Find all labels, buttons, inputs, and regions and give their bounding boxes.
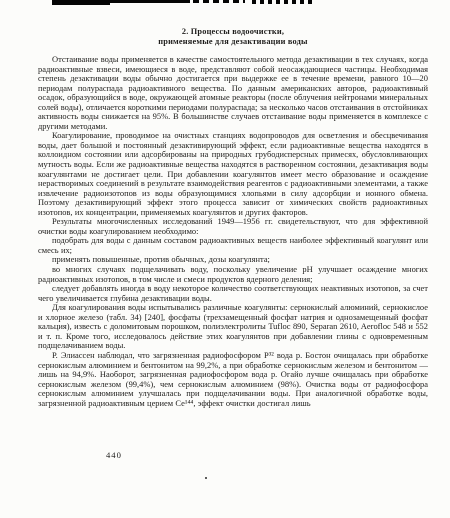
paragraph-settling: Отстаивание воды применяется в качестве … xyxy=(38,55,428,131)
scan-crop-artifact-bar xyxy=(52,0,110,5)
scan-crop-artifact-line xyxy=(110,0,190,3)
scanned-book-page: 2. Процессы водоочистки, применяемые для… xyxy=(0,0,450,518)
scan-crop-artifact-dashes xyxy=(193,0,245,3)
list-item-select-coagulant: подобрать для воды с данным составом рад… xyxy=(38,236,428,255)
section-heading-line1: 2. Процессы водоочистки, xyxy=(38,27,428,37)
paragraph-research-intro: Результаты многочисленных исследований 1… xyxy=(38,217,428,236)
section-heading-line2: применяемые для дезактивации воды xyxy=(38,37,428,47)
scan-crop-artifact-fragments xyxy=(252,0,314,4)
list-item-add-isotopes: следует добавлять иногда в воду некоторо… xyxy=(38,284,428,303)
scan-speck xyxy=(205,477,207,479)
paragraph-eliassen-results: Р. Элиассен наблюдал, что загрязненная р… xyxy=(38,351,428,408)
paragraph-coagulation: Коагулирование, проводимое на очистных с… xyxy=(38,131,428,217)
list-item-alkalize-water: во многих случаях подщелачивать воду, по… xyxy=(38,265,428,284)
body-text: Отстаивание воды применяется в качестве … xyxy=(38,55,428,408)
page-number: 440 xyxy=(106,450,122,460)
section-heading: 2. Процессы водоочистки, применяемые для… xyxy=(38,27,428,47)
paragraph-coagulant-types: Для коагулирования воды испытывались раз… xyxy=(38,303,428,351)
